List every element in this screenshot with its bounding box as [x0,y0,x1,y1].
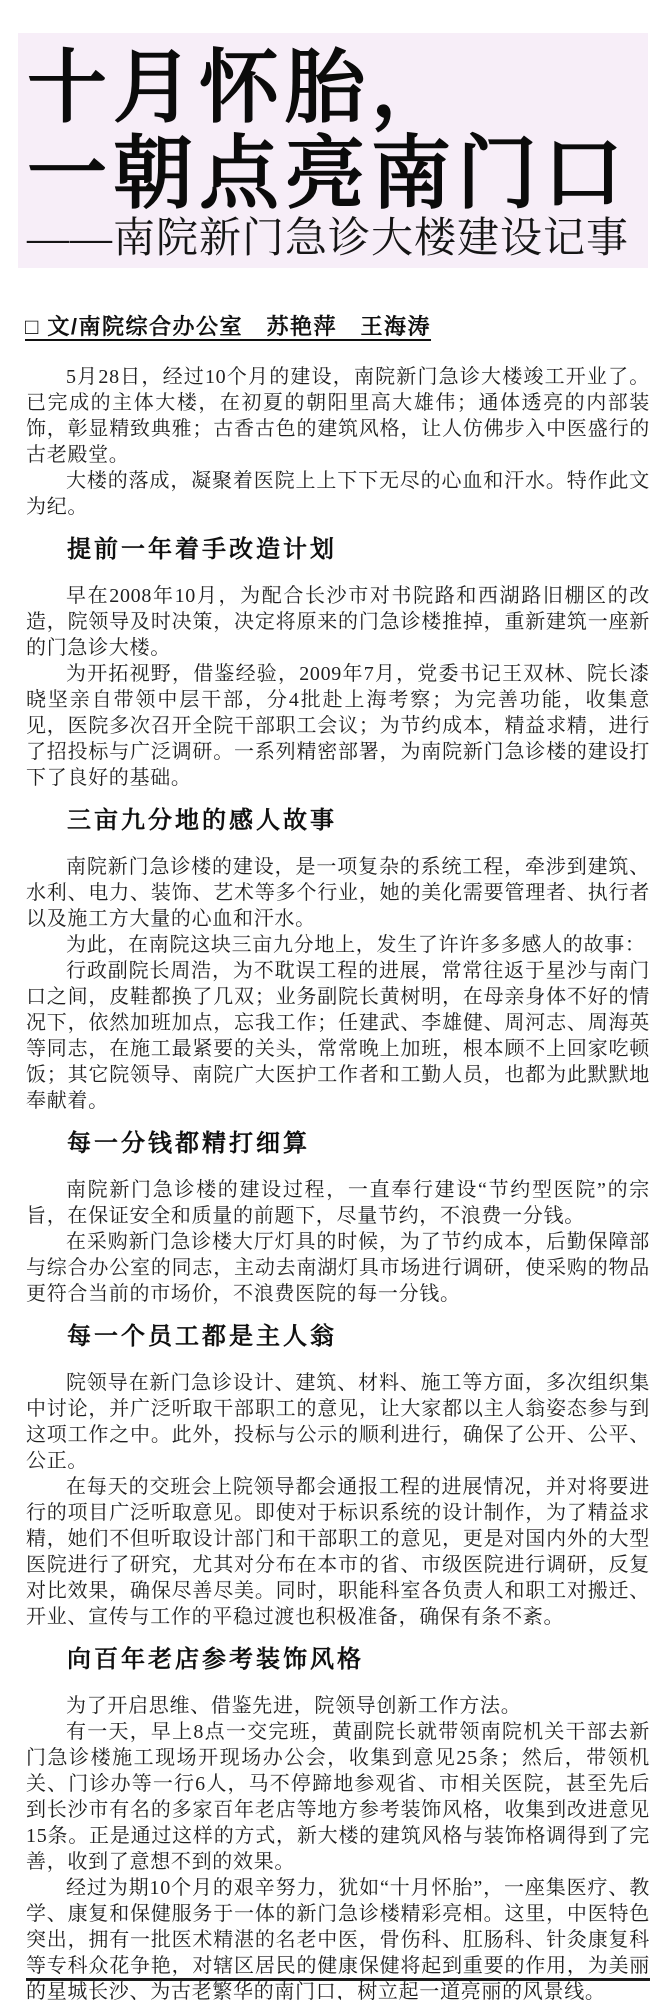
section-heading: 每一个员工都是主人翁 [26,1323,650,1351]
article-title: 十月怀胎， 一朝点亮南门口 [27,45,644,217]
paragraph: 南院新门急诊楼的建设，是一项复杂的系统工程，牵涉到建筑、水利、电力、装饰、艺术等… [26,854,650,932]
paragraph: 为开拓视野，借鉴经验，2009年7月，党委书记王双林、院长漆晓坚亲自带领中层干部… [26,661,650,791]
paragraph: 经过为期10个月的艰辛努力，犹如“十月怀胎”，一座集医疗、教学、康复和保健服务于… [26,1875,650,2000]
paragraph: 在采购新门急诊楼大厅灯具的时候，为了节约成本，后勤保障部与综合办公室的同志，主动… [26,1229,650,1307]
byline: □ 文/南院综合办公室 苏艳萍 王海涛 [25,312,431,342]
title-line-1: 十月怀胎， [27,45,644,131]
paragraph: 在每天的交班会上院领导都会通报工程的进展情况，并对将要进行的项目广泛听取意见。即… [26,1474,650,1630]
section-careful-budget: 每一分钱都精打细算 南院新门急诊楼的建设过程，一直奉行建设“节约型医院”的宗旨，… [26,1130,650,1307]
article-masthead: 十月怀胎， 一朝点亮南门口 ——南院新门急诊大楼建设记事 [18,33,648,268]
paragraph: 5月28日，经过10个月的建设，南院新门急诊大楼竣工开业了。已完成的主体大楼，在… [26,364,650,468]
paragraph: 有一天，早上8点一交完班，黄副院长就带领南院机关干部去新门急诊楼施工现场开现场办… [26,1719,650,1875]
paragraph: 早在2008年10月，为配合长沙市对书院路和西湖路旧棚区的改造，院领导及时决策，… [26,583,650,661]
section-heading: 向百年老店参考装饰风格 [26,1646,650,1674]
section-every-employee-owner: 每一个员工都是主人翁 院领导在新门急诊设计、建筑、材料、施工等方面，多次组织集中… [26,1323,650,1630]
section-heading: 每一分钱都精打细算 [26,1130,650,1158]
paragraph: 为此，在南院这块三亩九分地上，发生了许许多多感人的故事： [26,932,650,958]
section-heading: 三亩九分地的感人故事 [26,807,650,835]
section-heading: 提前一年着手改造计划 [26,536,650,564]
intro-section: 5月28日，经过10个月的建设，南院新门急诊大楼竣工开业了。已完成的主体大楼，在… [26,364,650,520]
article-page: 十月怀胎， 一朝点亮南门口 ——南院新门急诊大楼建设记事 □ 文/南院综合办公室… [0,0,671,2000]
paragraph: 南院新门急诊楼的建设过程，一直奉行建设“节约型医院”的宗旨，在保证安全和质量的前… [26,1177,650,1229]
title-line-2: 一朝点亮南门口 [27,131,644,217]
section-renovation-plan: 提前一年着手改造计划 早在2008年10月，为配合长沙市对书院路和西湖路旧棚区的… [26,536,650,791]
paragraph: 院领导在新门急诊设计、建筑、材料、施工等方面，多次组织集中讨论，并广泛听取干部职… [26,1370,650,1474]
section-touching-stories: 三亩九分地的感人故事 南院新门急诊楼的建设，是一项复杂的系统工程，牵涉到建筑、水… [26,807,650,1114]
article-subtitle: ——南院新门急诊大楼建设记事 [27,217,644,261]
end-rule-divider [26,1978,650,1981]
paragraph: 大楼的落成，凝聚着医院上上下下无尽的心血和汗水。特作此文为纪。 [26,468,650,520]
paragraph: 行政副院长周浩，为不耽误工程的进展，常常往返于星沙与南门口之间，皮鞋都换了几双；… [26,958,650,1114]
paragraph: 为了开启思维、借鉴先进，院领导创新工作方法。 [26,1693,650,1719]
section-decoration-style: 向百年老店参考装饰风格 为了开启思维、借鉴先进，院领导创新工作方法。 有一天，早… [26,1646,650,2000]
article-body: 5月28日，经过10个月的建设，南院新门急诊大楼竣工开业了。已完成的主体大楼，在… [26,364,650,2000]
